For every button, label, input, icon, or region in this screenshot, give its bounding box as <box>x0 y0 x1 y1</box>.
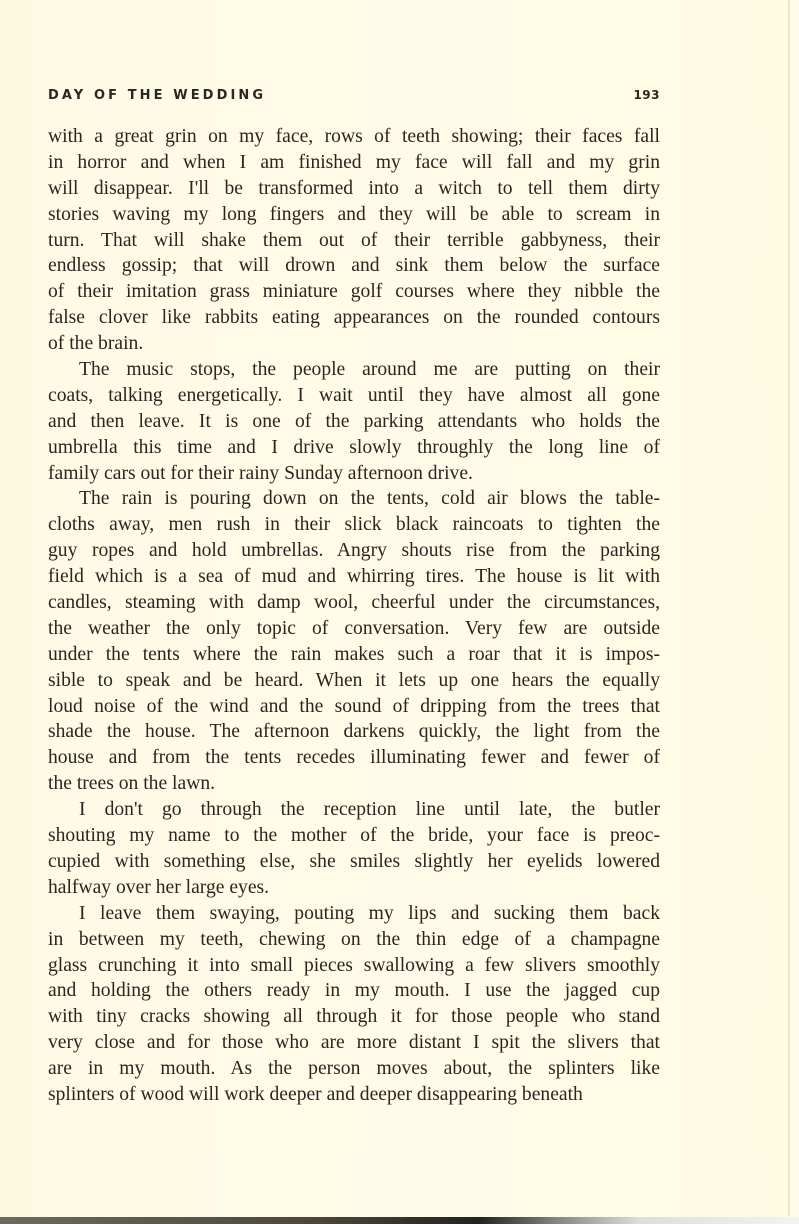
text-line: with tiny cracks showing all through it … <box>48 1004 660 1030</box>
text-line: coats, talking energetically. I wait unt… <box>48 383 660 409</box>
text-line: cloths away, men rush in their slick bla… <box>48 512 660 538</box>
page-margin-strip <box>790 0 799 1216</box>
text-line: shouting my name to the mother of the br… <box>48 823 660 849</box>
running-head-title: DAY OF THE WEDDING <box>48 88 266 103</box>
text-line: loud noise of the wind and the sound of … <box>48 694 660 720</box>
text-line: with a great grin on my face, rows of te… <box>48 124 660 150</box>
text-line: house and from the tents recedes illumin… <box>48 745 660 771</box>
text-line: I leave them swaying, pouting my lips an… <box>48 901 660 927</box>
text-line: turn. That will shake them out of their … <box>48 228 660 254</box>
text-line: false clover like rabbits eating appeara… <box>48 305 660 331</box>
text-line: field which is a sea of mud and whirring… <box>48 564 660 590</box>
text-line: The rain is pouring down on the tents, c… <box>48 486 660 512</box>
text-line: I don't go through the reception line un… <box>48 797 660 823</box>
text-line: and then leave. It is one of the parking… <box>48 409 660 435</box>
text-line: under the tents where the rain makes suc… <box>48 642 660 668</box>
text-line: and holding the others ready in my mouth… <box>48 978 660 1004</box>
text-line: family cars out for their rainy Sunday a… <box>48 461 660 487</box>
text-line: the trees on the lawn. <box>48 771 660 797</box>
text-line: in between my teeth, chewing on the thin… <box>48 927 660 953</box>
paragraph: I don't go through the reception line un… <box>48 797 660 901</box>
paragraph: I leave them swaying, pouting my lips an… <box>48 901 660 1108</box>
text-line: halfway over her large eyes. <box>48 875 660 901</box>
text-line: in horror and when I am finished my face… <box>48 150 660 176</box>
text-line: The music stops, the people around me ar… <box>48 357 660 383</box>
text-line: are in my mouth. As the person moves abo… <box>48 1056 660 1082</box>
text-line: guy ropes and hold umbrellas. Angry shou… <box>48 538 660 564</box>
text-line: shade the house. The afternoon darkens q… <box>48 719 660 745</box>
text-line: candles, steaming with damp wool, cheerf… <box>48 590 660 616</box>
paragraph: with a great grin on my face, rows of te… <box>48 124 660 357</box>
running-head: DAY OF THE WEDDING 193 <box>48 84 660 106</box>
book-page: DAY OF THE WEDDING 193 with a great grin… <box>0 0 799 1224</box>
body-text: with a great grin on my face, rows of te… <box>48 124 660 1108</box>
text-line: the weather the only topic of conversati… <box>48 616 660 642</box>
text-line: cupied with something else, she smiles s… <box>48 849 660 875</box>
page-bottom-edge <box>0 1217 799 1224</box>
paragraph: The rain is pouring down on the tents, c… <box>48 486 660 797</box>
text-line: splinters of wood will work deeper and d… <box>48 1082 660 1108</box>
text-line: glass crunching it into small pieces swa… <box>48 953 660 979</box>
page-number: 193 <box>633 88 660 102</box>
text-line: of the brain. <box>48 331 660 357</box>
text-line: sible to speak and be heard. When it let… <box>48 668 660 694</box>
paragraph: The music stops, the people around me ar… <box>48 357 660 486</box>
text-line: very close and for those who are more di… <box>48 1030 660 1056</box>
text-line: will disappear. I'll be transformed into… <box>48 176 660 202</box>
text-line: umbrella this time and I drive slowly th… <box>48 435 660 461</box>
text-line: stories waving my long fingers and they … <box>48 202 660 228</box>
text-line: of their imitation grass miniature golf … <box>48 279 660 305</box>
text-line: endless gossip; that will drown and sink… <box>48 253 660 279</box>
